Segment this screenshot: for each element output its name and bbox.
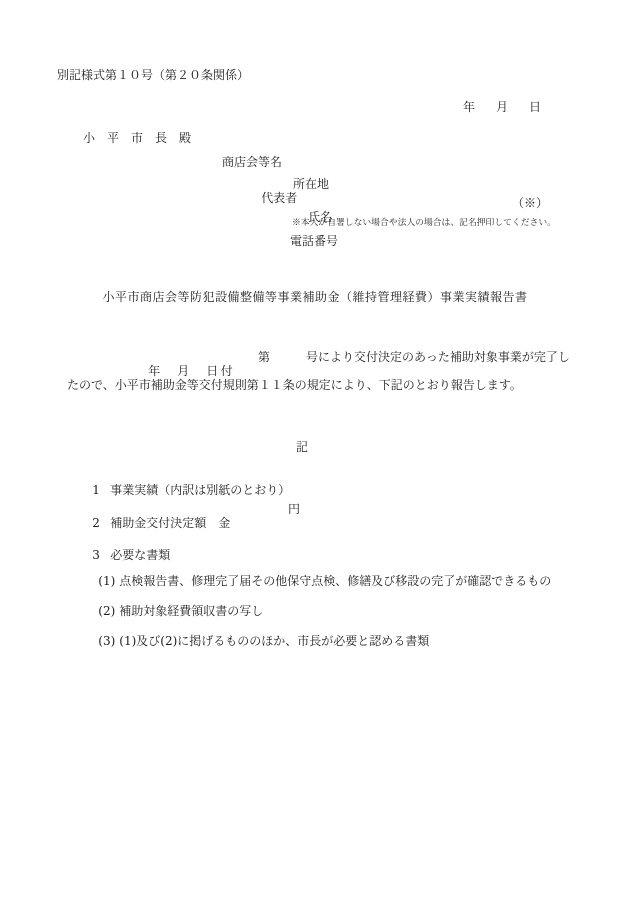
body-line-1-date: 年 月 日付: [148, 364, 235, 378]
form-number: 別記様式第１０号（第２０条関係）: [57, 68, 249, 82]
addressee: 小 平 市 長 殿: [83, 131, 191, 145]
sub-item-number: (2): [98, 604, 119, 618]
item-text: 事業実績（内訳は別紙のとおり）: [110, 483, 290, 497]
address-label: 所在地: [293, 177, 329, 191]
sub-item-number: (3): [98, 634, 119, 648]
name-row: 氏名（※）: [293, 196, 332, 238]
item-number: 1: [92, 483, 110, 497]
item-text: 補助金交付決定額 金: [110, 516, 230, 530]
record-marker: 記: [296, 440, 308, 454]
body-line-1-rest: 第 号により交付決定のあった補助対象事業が完了し: [258, 350, 570, 364]
org-name-label: 商店会等名: [222, 155, 282, 169]
item-number: 2: [92, 516, 110, 530]
sub-item-text: 点検報告書、修理完了届その他保守点検、修繕及び移設の完了が確認できるもの: [119, 574, 551, 588]
date-line: 年 月 日: [463, 100, 540, 114]
seal-note: ※本人が自署しない場合や法人の場合は、記名押印してください。: [292, 218, 556, 229]
sub-item-text: (1)及び(2)に掲げるもののほか、市長が必要と認める書類: [119, 634, 429, 648]
sub-item-number: (1): [98, 574, 119, 588]
seal-mark: （※）: [512, 196, 548, 210]
sub-item-text: 補助対象経費領収書の写し: [119, 604, 263, 618]
item-unit: 円: [288, 502, 300, 516]
sub-list-item-3: (3)(1)及び(2)に掲げるもののほか、市長が必要と認める書類: [83, 620, 429, 662]
document-title: 小平市商店会等防犯設備整備等事業補助金（維持管理経費）事業実績報告書: [0, 290, 630, 304]
body-line-2: たので、小平市補助金等交付規則第１１条の規定により、下記のとおり報告します。: [67, 378, 522, 392]
document-page: 別記様式第１０号（第２０条関係） 年 月 日 小 平 市 長 殿 商店会等名 代…: [0, 0, 630, 903]
representative-row: 代表者所在地: [246, 177, 297, 219]
phone-label: 電話番号: [290, 234, 338, 248]
representative-label: 代表者: [261, 191, 297, 205]
